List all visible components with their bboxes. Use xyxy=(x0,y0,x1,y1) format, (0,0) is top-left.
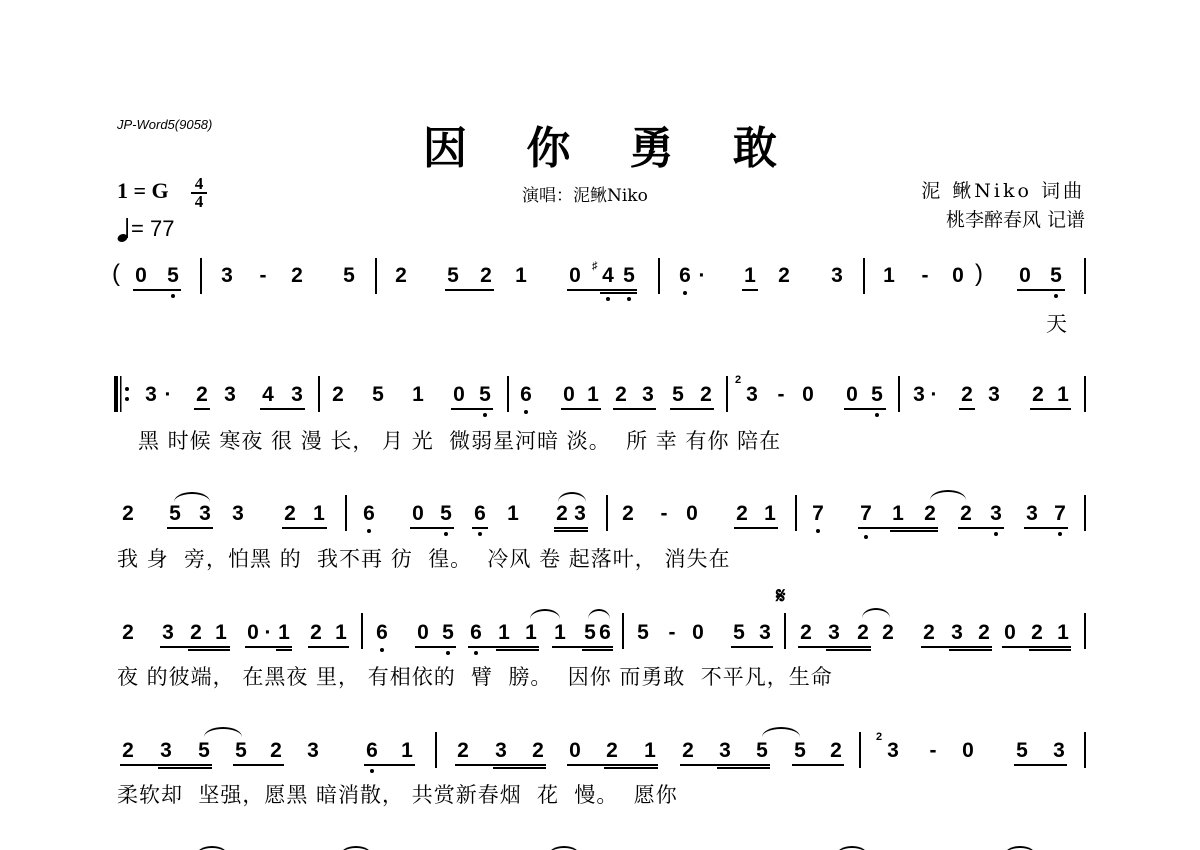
underline xyxy=(567,289,637,291)
lower-octave-dot xyxy=(474,651,478,655)
barline xyxy=(375,258,377,294)
note: 1 xyxy=(213,622,229,644)
barline xyxy=(658,258,660,294)
note: 0 xyxy=(1002,622,1018,644)
barline xyxy=(1084,376,1086,412)
note: 0 xyxy=(844,384,860,406)
note: 2 xyxy=(698,384,714,406)
underline xyxy=(364,764,415,766)
note: 1 xyxy=(513,265,529,287)
note: 6 xyxy=(364,740,380,762)
note: 3 xyxy=(158,740,174,762)
note: 2 xyxy=(776,265,792,287)
note: 2 xyxy=(921,622,937,644)
lower-octave-dot xyxy=(370,769,374,773)
underline xyxy=(245,646,292,648)
barline xyxy=(784,613,786,649)
underline xyxy=(276,649,292,651)
note: 0 xyxy=(960,740,976,762)
barline xyxy=(200,258,202,294)
slur xyxy=(588,609,610,619)
underline xyxy=(233,764,284,766)
credits: 泥 鳅Niko 词曲 桃李醉春风 记谱 xyxy=(870,177,1085,235)
note: 3 xyxy=(1051,740,1067,762)
note: 2 xyxy=(282,503,298,525)
underline xyxy=(120,764,212,766)
note: 2 xyxy=(194,384,210,406)
lower-octave-dot xyxy=(367,529,371,533)
barline xyxy=(795,495,797,531)
segno-icon: 𝄋 xyxy=(776,583,785,609)
note: 2 xyxy=(828,740,844,762)
underline xyxy=(451,408,493,410)
note: 3 xyxy=(160,622,176,644)
underline xyxy=(798,646,871,648)
underline xyxy=(949,649,992,651)
note: 3 xyxy=(988,503,1004,525)
slur xyxy=(196,846,228,850)
key-signature: 1 = G xyxy=(117,178,169,204)
grace-note: 2 xyxy=(735,374,741,386)
note: 5 xyxy=(167,503,183,525)
lower-octave-dot xyxy=(171,294,175,298)
underline xyxy=(604,767,658,769)
barline xyxy=(859,732,861,768)
note: 1 xyxy=(333,622,349,644)
barline xyxy=(863,258,865,294)
underline xyxy=(1030,408,1071,410)
dash: - xyxy=(925,740,941,762)
underline xyxy=(282,527,327,529)
note: 2 xyxy=(880,622,896,644)
note: 6 xyxy=(677,265,693,287)
note: 3 xyxy=(640,384,656,406)
augmentation-dot: · xyxy=(260,622,276,644)
lower-octave-dot xyxy=(875,413,879,417)
note: 2 xyxy=(976,622,992,644)
underline xyxy=(1002,646,1071,648)
note: 7 xyxy=(810,503,826,525)
underline xyxy=(731,646,773,648)
underline xyxy=(160,646,230,648)
note: 0 xyxy=(684,503,700,525)
note: 5 xyxy=(670,384,686,406)
note: 5 xyxy=(582,622,598,644)
note: 2 xyxy=(798,622,814,644)
underline xyxy=(415,646,456,648)
underline xyxy=(613,408,656,410)
barline xyxy=(606,495,608,531)
underline xyxy=(552,646,613,648)
lower-octave-dot xyxy=(683,291,687,295)
lower-octave-dot xyxy=(606,297,610,301)
note: 3 xyxy=(222,384,238,406)
barline xyxy=(1084,732,1086,768)
underline xyxy=(734,527,778,529)
note: 1 xyxy=(523,622,539,644)
note: 7 xyxy=(858,503,874,525)
note: 1 xyxy=(642,740,658,762)
slur xyxy=(762,727,800,737)
note: 2 xyxy=(120,503,136,525)
note: 2 xyxy=(613,384,629,406)
note: 2 xyxy=(120,740,136,762)
note: 5 xyxy=(621,265,637,287)
note: 6 xyxy=(472,503,488,525)
underline xyxy=(959,408,975,410)
note: 5 xyxy=(477,384,493,406)
note: 0 xyxy=(567,265,583,287)
note: 5 xyxy=(196,740,212,762)
barline xyxy=(1084,495,1086,531)
note: 1 xyxy=(742,265,758,287)
note: 0 xyxy=(950,265,966,287)
note: 5 xyxy=(1048,265,1064,287)
note: 2 xyxy=(855,622,871,644)
note: 5 xyxy=(754,740,770,762)
note: 0 xyxy=(410,503,426,525)
slur xyxy=(558,492,586,502)
note: 2 xyxy=(120,622,136,644)
barline xyxy=(726,376,728,412)
note: 3 xyxy=(230,503,246,525)
note: 0 xyxy=(245,622,261,644)
augmentation-dot: · xyxy=(926,384,942,406)
lower-octave-dot xyxy=(483,413,487,417)
underline xyxy=(188,649,230,651)
underline xyxy=(1024,527,1068,529)
note: 1 xyxy=(1055,622,1071,644)
underline xyxy=(1029,649,1071,651)
lyric-line: 黑 时候 寒夜 很 漫 长， 月 光 微弱星河暗 淡。 所 幸 有你 陪在 xyxy=(138,425,781,455)
underline xyxy=(858,527,938,529)
grace-note: 2 xyxy=(876,731,882,743)
repeat-start-icon xyxy=(114,376,134,417)
note: 0 xyxy=(415,622,431,644)
lower-octave-dot xyxy=(864,535,868,539)
note: 0 xyxy=(451,384,467,406)
underline xyxy=(561,408,601,410)
sharp-icon: ♯ xyxy=(592,260,598,272)
note: 6 xyxy=(361,503,377,525)
underline xyxy=(742,289,758,291)
note: 3 xyxy=(305,740,321,762)
underline xyxy=(410,527,454,529)
note: 2 xyxy=(530,740,546,762)
slur xyxy=(548,846,580,850)
underline xyxy=(1014,764,1067,766)
underline xyxy=(844,408,886,410)
note: 2 xyxy=(922,503,938,525)
underline xyxy=(890,530,938,532)
note: 3 xyxy=(826,622,842,644)
lower-octave-dot xyxy=(994,532,998,536)
slur xyxy=(836,846,868,850)
barline xyxy=(318,376,320,412)
augmentation-dot: · xyxy=(694,265,710,287)
underline xyxy=(717,767,770,769)
underline xyxy=(826,649,871,651)
note: 5 xyxy=(792,740,808,762)
note: 3 xyxy=(1024,503,1040,525)
note: 5 xyxy=(635,622,651,644)
underline xyxy=(554,530,588,532)
underline xyxy=(1017,289,1065,291)
underline xyxy=(455,764,546,766)
note: 3 xyxy=(986,384,1002,406)
note: 2 xyxy=(620,503,636,525)
slur xyxy=(530,609,560,619)
underline xyxy=(468,646,539,648)
note: 1 xyxy=(276,622,292,644)
lower-octave-dot xyxy=(446,651,450,655)
singer-credit: 演唱：泥鳅Niko xyxy=(522,181,648,206)
slur xyxy=(204,727,242,737)
note: 4 xyxy=(600,265,616,287)
lower-octave-dot xyxy=(1054,294,1058,298)
note: 2 xyxy=(455,740,471,762)
note: 2 xyxy=(734,503,750,525)
note: 2 xyxy=(604,740,620,762)
underline xyxy=(567,764,658,766)
note: 3 xyxy=(143,384,159,406)
note: 1 xyxy=(410,384,426,406)
barline xyxy=(1084,613,1086,649)
quarter-note-icon xyxy=(117,217,131,248)
time-signature-bottom: 4 xyxy=(190,194,208,210)
lyric-line: 我 身 旁，怕黑 的 我不再 彷 徨。 冷风 卷 起落叶， 消失在 xyxy=(117,543,730,573)
barline xyxy=(1084,258,1086,294)
note: 3 xyxy=(219,265,235,287)
note: 5 xyxy=(438,503,454,525)
note: 3 xyxy=(572,503,588,525)
note: 0 xyxy=(800,384,816,406)
slur xyxy=(340,846,372,850)
slur xyxy=(1004,846,1036,850)
time-signature-top: 4 xyxy=(190,176,208,192)
note: 3 xyxy=(757,622,773,644)
lower-octave-dot xyxy=(1058,532,1062,536)
note: 5 xyxy=(233,740,249,762)
note: 5 xyxy=(445,265,461,287)
note: 1 xyxy=(890,503,906,525)
augmentation-dot: · xyxy=(160,384,176,406)
note: 2 xyxy=(188,622,204,644)
underline xyxy=(133,289,181,291)
underline xyxy=(472,527,488,529)
underline xyxy=(194,408,210,410)
note: 2 xyxy=(1029,622,1045,644)
barline xyxy=(622,613,624,649)
note: 5 xyxy=(370,384,386,406)
underline xyxy=(600,292,637,294)
underline xyxy=(582,649,613,651)
barline xyxy=(435,732,437,768)
underline xyxy=(158,767,212,769)
note: 6 xyxy=(518,384,534,406)
underline xyxy=(260,408,305,410)
barline xyxy=(898,376,900,412)
lower-octave-dot xyxy=(380,648,384,652)
note: 5 xyxy=(731,622,747,644)
note: 3 xyxy=(911,384,927,406)
note: 1 xyxy=(505,503,521,525)
note: 2 xyxy=(1030,384,1046,406)
note: 2 xyxy=(958,503,974,525)
note: 1 xyxy=(496,622,512,644)
note: 3 xyxy=(885,740,901,762)
underline xyxy=(167,527,213,529)
note: 2 xyxy=(308,622,324,644)
open-paren: ( xyxy=(112,260,120,288)
time-signature: 4 4 xyxy=(190,176,208,210)
barline xyxy=(361,613,363,649)
note: 2 xyxy=(554,503,570,525)
note: 2 xyxy=(289,265,305,287)
note: 4 xyxy=(260,384,276,406)
note: 2 xyxy=(959,384,975,406)
note: 3 xyxy=(493,740,509,762)
underline xyxy=(670,408,714,410)
note: 1 xyxy=(399,740,415,762)
barline xyxy=(507,376,509,412)
note: 1 xyxy=(552,622,568,644)
note: 5 xyxy=(1014,740,1030,762)
note: 3 xyxy=(197,503,213,525)
lower-octave-dot xyxy=(816,529,820,533)
note: 2 xyxy=(393,265,409,287)
underline xyxy=(554,527,588,529)
slur xyxy=(862,608,890,618)
transcriber-credit: 桃李醉春风 记谱 xyxy=(870,206,1085,235)
note: 6 xyxy=(597,622,613,644)
lyric-line: 夜 的彼端， 在黑夜 里， 有相依的 臂 膀。 因你 而勇敢 不平凡，生命 xyxy=(117,661,833,691)
note: 0 xyxy=(567,740,583,762)
note: 0 xyxy=(690,622,706,644)
dash: - xyxy=(664,622,680,644)
note: 3 xyxy=(717,740,733,762)
underline xyxy=(496,649,539,651)
note: 3 xyxy=(829,265,845,287)
dash: - xyxy=(773,384,789,406)
note: 5 xyxy=(440,622,456,644)
note: 3 xyxy=(289,384,305,406)
slur xyxy=(174,492,210,502)
note: 2 xyxy=(680,740,696,762)
dash: - xyxy=(917,265,933,287)
note: 1 xyxy=(1055,384,1071,406)
note: 0 xyxy=(561,384,577,406)
underline xyxy=(680,764,770,766)
note: 1 xyxy=(311,503,327,525)
underline xyxy=(792,764,844,766)
dash: - xyxy=(255,265,271,287)
note: 1 xyxy=(762,503,778,525)
note: 7 xyxy=(1052,503,1068,525)
composer-credit: 泥 鳅Niko 词曲 xyxy=(870,177,1085,206)
lyric-line: 柔软却 坚强，愿黑 暗消散， 共赏新春烟 花 慢。 愿你 xyxy=(117,779,678,809)
note: 3 xyxy=(949,622,965,644)
note: 5 xyxy=(869,384,885,406)
underline xyxy=(921,646,992,648)
barline xyxy=(345,495,347,531)
lower-octave-dot xyxy=(444,532,448,536)
note: 0 xyxy=(1017,265,1033,287)
tempo-value: = 77 xyxy=(131,216,174,242)
note: 1 xyxy=(585,384,601,406)
slur xyxy=(930,490,966,500)
close-paren: ) xyxy=(975,260,983,288)
dash: - xyxy=(656,503,672,525)
note: 2 xyxy=(330,384,346,406)
note: 5 xyxy=(165,265,181,287)
underline xyxy=(493,767,546,769)
note: 1 xyxy=(881,265,897,287)
note: 6 xyxy=(468,622,484,644)
lower-octave-dot xyxy=(524,410,528,414)
song-title: 因 你 勇 敢 xyxy=(0,112,1200,176)
note: 2 xyxy=(478,265,494,287)
underline xyxy=(445,289,494,291)
note: 0 xyxy=(133,265,149,287)
note: 6 xyxy=(374,622,390,644)
note: 3 xyxy=(744,384,760,406)
note: 5 xyxy=(341,265,357,287)
lower-octave-dot xyxy=(478,532,482,536)
note: 2 xyxy=(268,740,284,762)
underline xyxy=(958,527,1004,529)
lower-octave-dot xyxy=(627,297,631,301)
lyric: 天 xyxy=(1046,308,1067,338)
underline xyxy=(308,646,349,648)
